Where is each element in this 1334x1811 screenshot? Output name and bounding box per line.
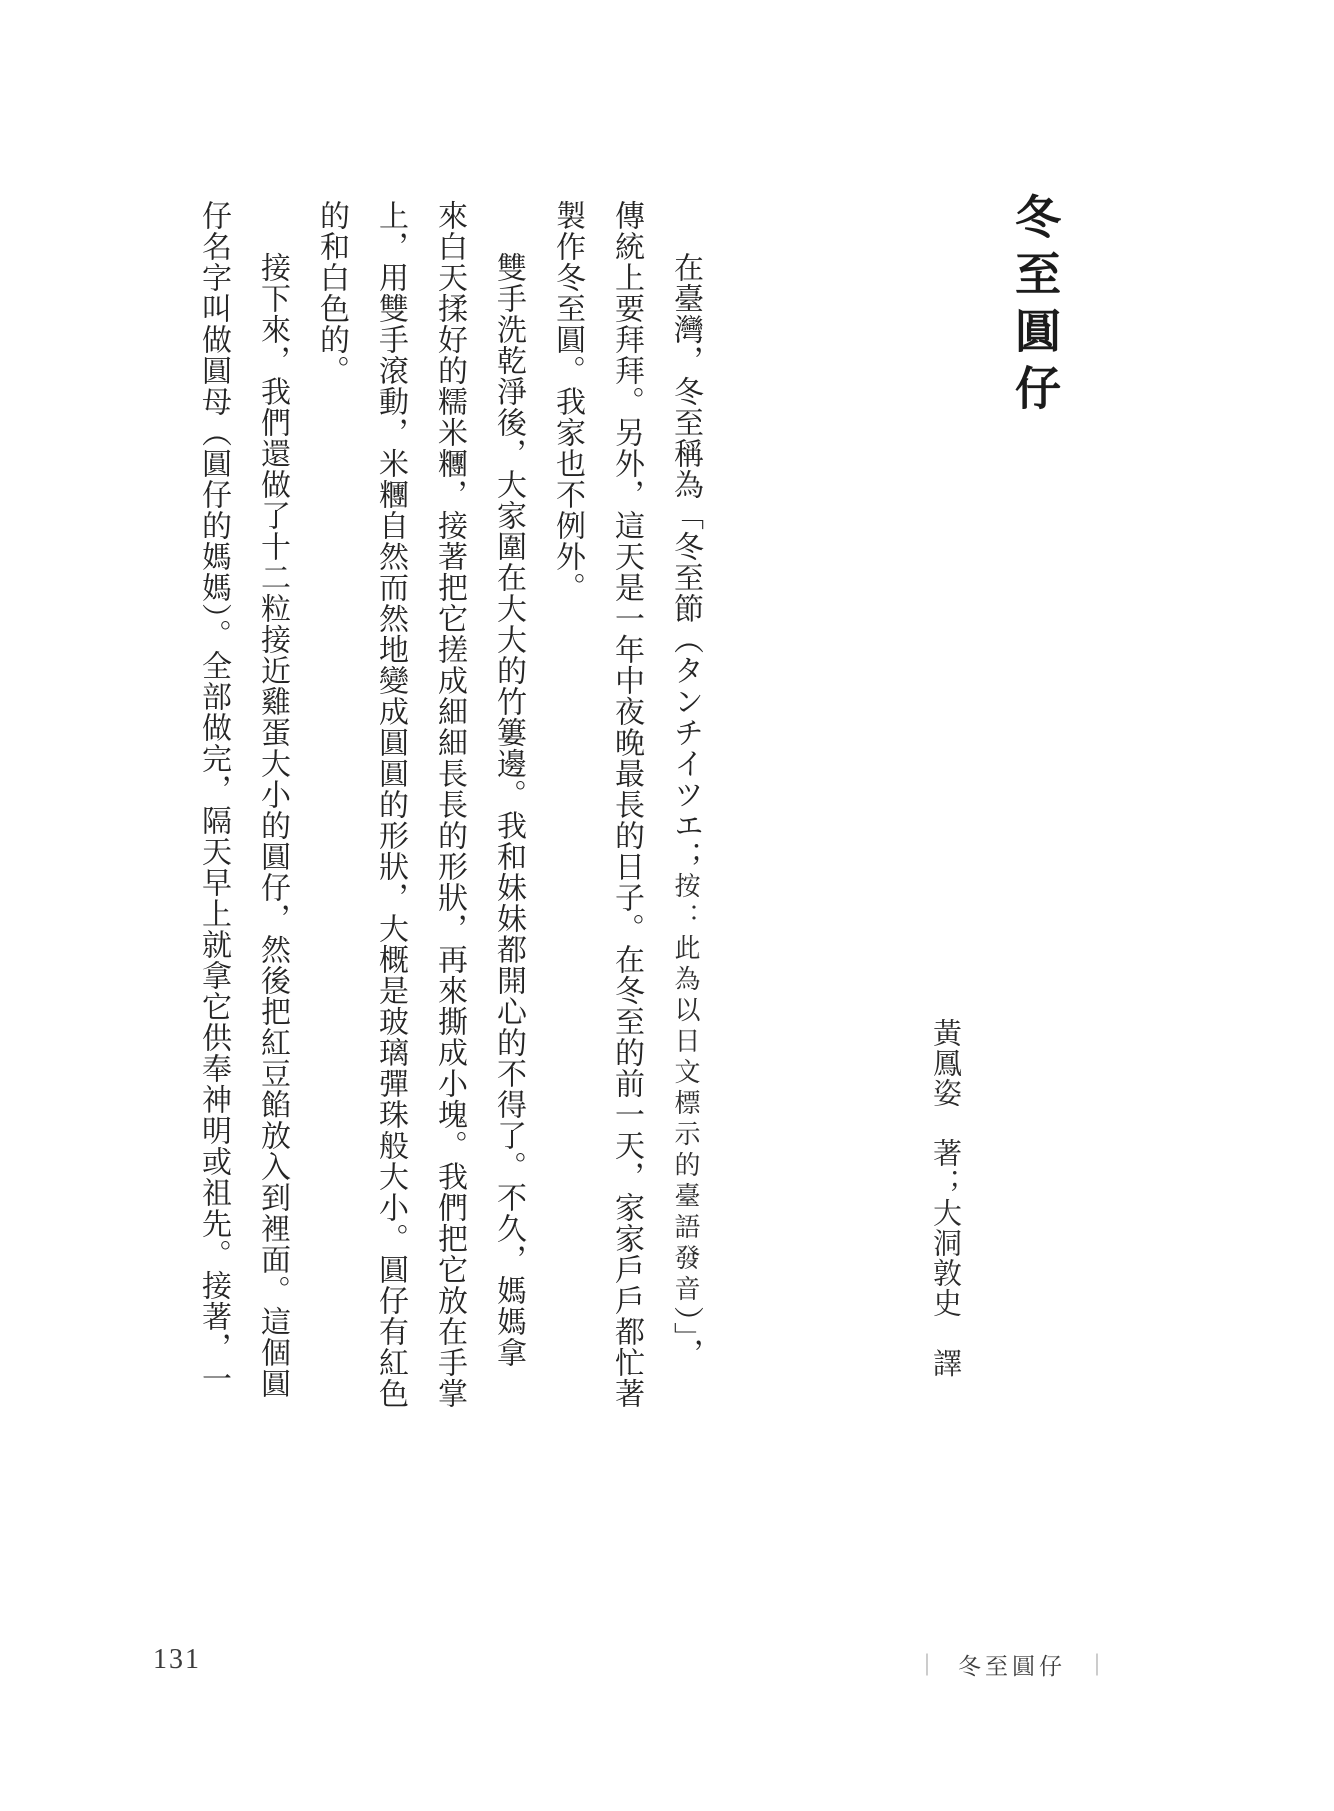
page-title: 冬至圓仔 <box>1001 193 1067 421</box>
footer-separator-right: ｜ <box>1086 1649 1108 1680</box>
text-column: 傳統上要拜拜。另外，這天是一年中夜晚最長的日子。在冬至的前一天，家家戶戶都忙著 <box>598 200 655 1450</box>
page-number: 131 <box>153 1644 201 1676</box>
text-column: 的和白色的。 <box>303 200 360 1450</box>
body-text-run: 在臺灣，冬至稱為「冬至節（タンチイツエ； <box>669 252 702 872</box>
body-text-run: 來白天揉好的糯米糰，接著把它搓成細細長長的形狀，再來撕成小塊。我們把它放在手掌 <box>433 200 466 1409</box>
body-text-run: ）」， <box>669 1306 702 1369</box>
body-text-run: 接下來，我們還做了十二粒接近雞蛋大小的圓仔，然後把紅豆餡放入到裡面。這個圓 <box>256 252 289 1399</box>
text-column: 仔名字叫做圓母（圓仔的媽媽）。全部做完，隔天早上就拿它供奉神明或祖先。接著，一 <box>185 200 242 1450</box>
text-column: 雙手洗乾淨後，大家圍在大大的竹簍邊。我和妹妹都開心的不得了。不久，媽媽拿 <box>480 200 537 1450</box>
text-column: 在臺灣，冬至稱為「冬至節（タンチイツエ；按：此為以日文標示的臺語發音）」， <box>657 200 714 1450</box>
text-column: 上，用雙手滾動，米糰自然而然地變成圓圓的形狀，大概是玻璃彈珠般大小。圓仔有紅色 <box>362 200 419 1450</box>
body-text-run: 製作冬至圓。我家也不例外。 <box>551 200 584 603</box>
text-column: 製作冬至圓。我家也不例外。 <box>539 200 596 1450</box>
text-column: 來白天揉好的糯米糰，接著把它搓成細細長長的形狀，再來撕成小塊。我們把它放在手掌 <box>421 200 478 1450</box>
body-text-run: 上，用雙手滾動，米糰自然而然地變成圓圓的形狀，大概是玻璃彈珠般大小。圓仔有紅色 <box>374 200 407 1409</box>
footer-running-title: 冬至圓仔 <box>958 1648 1066 1681</box>
body-text-run: 傳統上要拜拜。另外，這天是一年中夜晚最長的日子。在冬至的前一天，家家戶戶都忙著 <box>610 200 643 1409</box>
author-line: 黃鳳姿 著；大洞敦史 譯 <box>926 1018 964 1378</box>
body-text-run: 仔名字叫做圓母（圓仔的媽媽）。全部做完，隔天早上就拿它供奉神明或祖先。接著，一 <box>197 200 230 1394</box>
running-footer: ｜ 冬至圓仔 ｜ <box>916 1648 1108 1681</box>
annotation-text: 按：此為以日文標示的臺語發音 <box>671 872 700 1306</box>
book-page: 冬至圓仔 黃鳳姿 著；大洞敦史 譯 在臺灣，冬至稱為「冬至節（タンチイツエ；按：… <box>0 0 1334 1811</box>
footer-separator-left: ｜ <box>916 1649 938 1680</box>
text-column: 接下來，我們還做了十二粒接近雞蛋大小的圓仔，然後把紅豆餡放入到裡面。這個圓 <box>244 200 301 1450</box>
body-text-run: 雙手洗乾淨後，大家圍在大大的竹簍邊。我和妹妹都開心的不得了。不久，媽媽拿 <box>492 252 525 1368</box>
body-text: 在臺灣，冬至稱為「冬至節（タンチイツエ；按：此為以日文標示的臺語發音）」，傳統上… <box>185 200 714 1450</box>
body-text-run: 的和白色的。 <box>315 200 348 386</box>
